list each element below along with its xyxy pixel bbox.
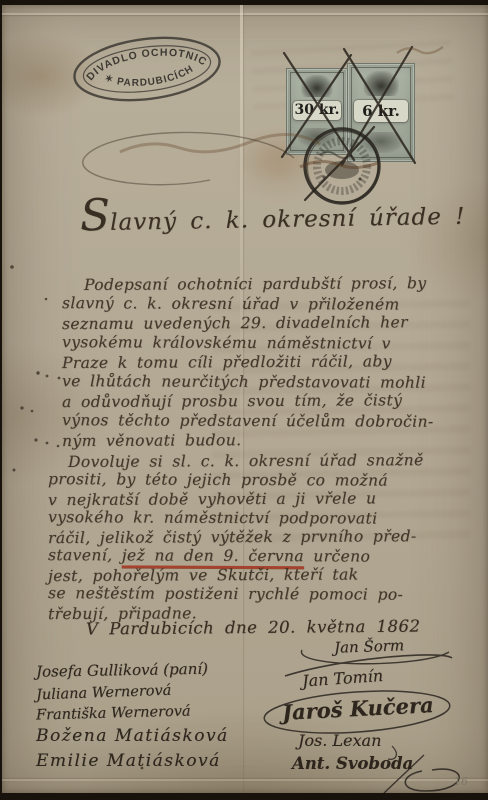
handwritten-line: seznamu uvedených 29. divadelních her bbox=[62, 313, 466, 335]
letter-dateline: V Pardubicích dne 20. května 1862 bbox=[86, 617, 421, 639]
handwritten-line: jest, pohořelým ve Skutči, kteří tak bbox=[48, 565, 464, 586]
signature: Juliana Wernerová bbox=[36, 681, 229, 704]
handwritten-line: v nejkratší době vyhověti a ji vřele u bbox=[48, 489, 464, 510]
handwritten-line: výnos těchto představení účelům dobročin… bbox=[62, 411, 466, 432]
paper-crease bbox=[2, 779, 488, 781]
paper-crease bbox=[2, 13, 488, 15]
stamp-ornament bbox=[360, 132, 403, 153]
red-underlined-phrase: jež na den 9. června bbox=[122, 546, 304, 565]
handwritten-line: se neštěstím postiženi rychlé pomoci po- bbox=[48, 584, 464, 605]
document-photo: DIVADLO OCHOTNICKÉ ✶ PARDUBICÍCH ✶ 30 kr… bbox=[0, 0, 488, 800]
stamp-value: 6 kr. bbox=[362, 102, 400, 120]
stamp-frame: 30 kr. bbox=[290, 72, 344, 151]
handwritten-line: Praze k tomu cíli předložiti ráčil, aby bbox=[62, 352, 466, 374]
handwritten-line: a odůvodňují prosbu svou tím, že čistý bbox=[62, 391, 466, 413]
stamp-value-band: 30 kr. bbox=[293, 101, 341, 120]
signature: Jan Tomín bbox=[301, 662, 434, 690]
handwritten-line: vysokého kr. náměstnictví podporovati bbox=[48, 508, 464, 529]
handwritten-line: Podepsaní ochotníci pardubští prosí, by bbox=[62, 274, 466, 296]
revenue-stamp-30kr: 30 kr. bbox=[286, 68, 348, 155]
eagle-emblem-icon bbox=[364, 71, 399, 96]
letter-paragraph-2: Dovoluje si sl. c. k. okresní úřad snažn… bbox=[48, 452, 464, 623]
stamp-frame: 6 kr. bbox=[351, 67, 411, 158]
line-fragment: určeno bbox=[304, 547, 370, 565]
handwritten-line: ráčil, jelikož čistý výtěžek z prvního p… bbox=[48, 527, 464, 548]
signature-column-left: Josefa Gulliková (paní) Juliana Wernerov… bbox=[36, 661, 229, 776]
handwritten-line-with-underline: stavení, jež na den 9. června určeno bbox=[48, 546, 464, 567]
revenue-stamp-6kr: 6 kr. bbox=[347, 63, 415, 162]
letter-salutation: Slavný c. k. okresní úřade ! bbox=[80, 184, 466, 242]
signature: Ant. Svoboda bbox=[292, 754, 434, 773]
handwritten-line: Dovoluje si sl. c. k. okresní úřad snažn… bbox=[48, 451, 464, 472]
signature: Jos. Lexan bbox=[298, 731, 434, 750]
handwritten-line: prositi, by této jejich prosbě co možná bbox=[48, 470, 464, 491]
handwritten-line: ným věnovati budou. bbox=[62, 430, 466, 452]
signature: Františka Wernerová bbox=[36, 702, 229, 723]
pencil-page-number: 16 bbox=[454, 775, 468, 788]
letter-paper: DIVADLO OCHOTNICKÉ ✶ PARDUBICÍCH ✶ 30 kr… bbox=[2, 5, 488, 793]
stamp-value-band: 6 kr. bbox=[354, 100, 407, 122]
signature: Josefa Gulliková (paní) bbox=[36, 659, 229, 680]
signature: Emilie Matiásková bbox=[36, 751, 229, 771]
signature-column-right: Jan Šorm Jan Tomín Jaroš Kučera Jos. Lex… bbox=[274, 637, 434, 773]
handwritten-line: ve lhůtách neurčitých představovati mohl… bbox=[62, 372, 466, 393]
stamp-value: 30 kr. bbox=[294, 102, 339, 118]
stamp-ornament bbox=[298, 128, 336, 146]
theater-oval-stamp-icon: DIVADLO OCHOTNICKÉ ✶ PARDUBICÍCH ✶ bbox=[64, 24, 230, 115]
line-fragment: stavení, bbox=[48, 546, 122, 564]
signature: Jan Šorm bbox=[334, 635, 434, 656]
signature: Jaroš Kučera bbox=[281, 692, 434, 725]
heading-flourish bbox=[83, 132, 294, 184]
handwritten-line: slavný c. k. okresní úřad v přiloženém bbox=[62, 294, 466, 315]
signature: Božena Matiásková bbox=[36, 726, 229, 746]
letter-paragraph-1: Podepsaní ochotníci pardubští prosí, by … bbox=[62, 275, 466, 451]
eagle-emblem-icon bbox=[301, 75, 332, 97]
handwritten-line: vysokému královskému náměstnictví v bbox=[62, 333, 466, 354]
